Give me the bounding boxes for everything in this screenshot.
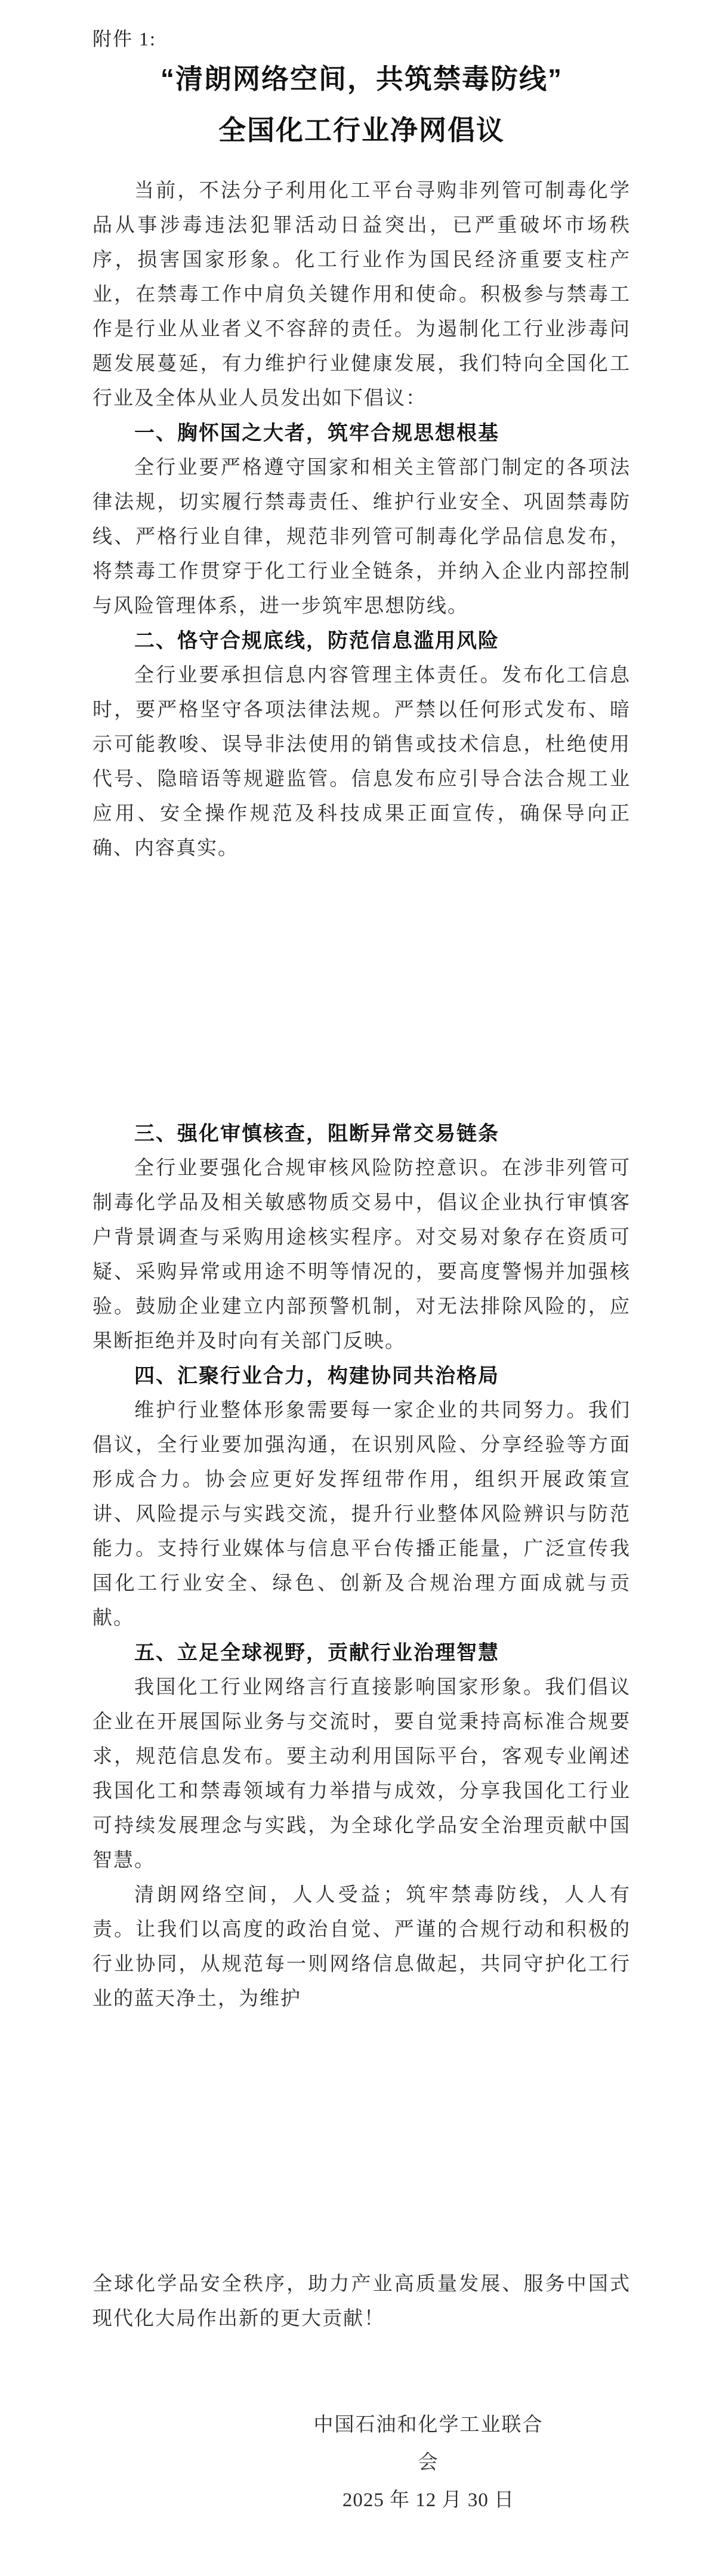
attachment-label: 附件 1:	[92, 27, 631, 51]
document-body: 当前，不法分子利用化工平台寻购非列管可制毒化学品从事涉毒违法犯罪活动日益突出，已…	[92, 174, 631, 2519]
section-4-heading: 四、汇聚行业合力，构建协同共治格局	[92, 1359, 631, 1393]
document-title-line1: “清朗网络空间，共筑禁毒防线”	[92, 55, 631, 102]
document-title-line2: 全国化工行业净网倡议	[92, 107, 631, 153]
closing-paragraph-part2: 全球化学品安全秩序，助力产业高质量发展、服务中国式现代化大局作出新的更大贡献！	[92, 2267, 631, 2336]
signature-date: 2025 年 12 月 30 日	[309, 2482, 548, 2519]
signature-block: 中国石油和化学工业联合会 2025 年 12 月 30 日	[309, 2407, 548, 2519]
document-page: 附件 1: “清朗网络空间，共筑禁毒防线” 全国化工行业净网倡议 当前，不法分子…	[0, 0, 716, 2576]
section-5-heading: 五、立足全球视野，贡献行业治理智慧	[92, 1636, 631, 1670]
section-5-paragraph: 我国化工行业网络言行直接影响国家形象。我们倡议企业在开展国际业务与交流时，要自觉…	[92, 1670, 631, 1878]
signature-organization: 中国石油和化学工业联合会	[309, 2407, 548, 2482]
section-1-heading: 一、胸怀国之大者，筑牢合规思想根基	[92, 416, 631, 451]
closing-paragraph-part1: 清朗网络空间，人人受益；筑牢禁毒防线，人人有责。让我们以高度的政治自觉、严谨的合…	[92, 1878, 631, 2016]
page-break-gap-2	[92, 2016, 631, 2267]
section-2-heading: 二、恪守合规底线，防范信息滥用风险	[92, 624, 631, 658]
intro-paragraph: 当前，不法分子利用化工平台寻购非列管可制毒化学品从事涉毒违法犯罪活动日益突出，已…	[92, 174, 631, 416]
section-1-paragraph: 全行业要严格遵守国家和相关主管部门制定的各项法律法规，切实履行禁毒责任、维护行业…	[92, 451, 631, 624]
section-4-paragraph: 维护行业整体形象需要每一家企业的共同努力。我们倡议，全行业要加强沟通，在识别风险…	[92, 1393, 631, 1636]
section-2-paragraph: 全行业要承担信息内容管理主体责任。发布化工信息时，要严格坚守各项法律法规。严禁以…	[92, 658, 631, 866]
section-3-paragraph: 全行业要强化合规审核风险防控意识。在涉非列管可制毒化学品及相关敏感物质交易中，倡…	[92, 1151, 631, 1359]
page-break-gap-1	[92, 866, 631, 1116]
section-3-heading: 三、强化审慎核查，阻断异常交易链条	[92, 1116, 631, 1151]
